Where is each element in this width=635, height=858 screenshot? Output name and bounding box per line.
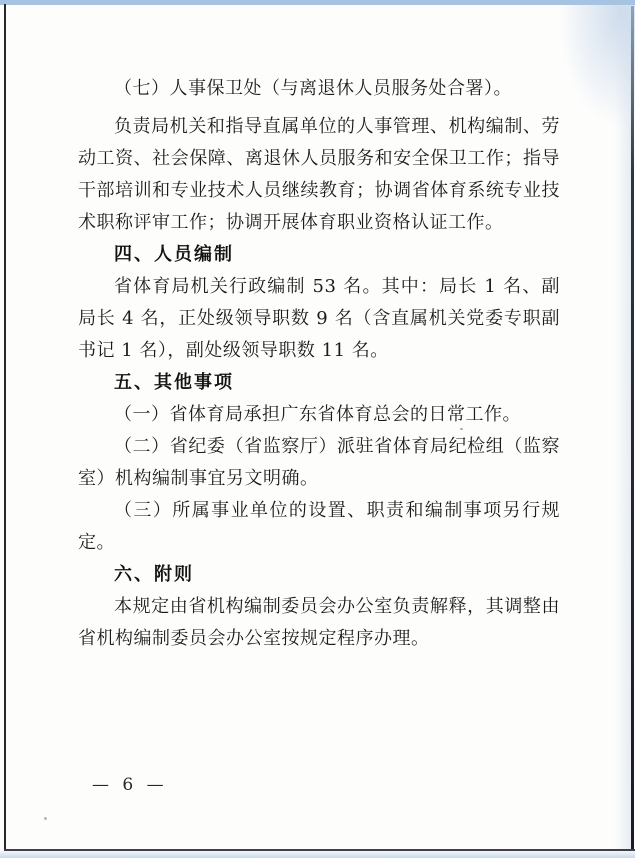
paragraph: （二）省纪委（省监察厅）派驻省体育局纪检组（监察室）机构编制事宜另文明确。 [78,431,560,495]
page-number: — 6 — [92,775,168,795]
paragraph: （三）所属事业单位的设置、职责和编制事项另行规定。 [78,495,560,559]
paragraph: （一）省体育局承担广东省体育总会的日常工作。 [78,399,560,431]
paragraph: 省体育局机关行政编制 53 名。其中：局长 1 名、副局长 4 名，正处级领导职… [78,271,560,367]
scanned-document-screenshot: { "document": { "blocks": [ { "type": "b… [0,0,635,858]
page-left-edge-line [4,4,6,851]
section-heading: 四、人员编制 [78,239,560,271]
paragraph: （七）人事保卫处（与离退休人员服务处合署）。 [78,73,560,105]
paragraph: 负责局机关和指导直属单位的人事管理、机构编制、劳动工资、社会保障、离退休人员服务… [78,111,560,239]
paragraph: 本规定由省机构编制委员会办公室负责解释，其调整由省机构编制委员会办公室按规定程序… [78,591,560,655]
scanner-top-strip [0,0,635,5]
section-heading: 六、附则 [78,559,560,591]
document-body: （七）人事保卫处（与离退休人员服务处合署）。负责局机关和指导直属单位的人事管理、… [78,73,560,655]
page-corner-curl-shadow [560,5,635,125]
scan-speck [44,817,47,820]
page-right-edge-line [631,6,634,851]
section-heading: 五、其他事项 [78,367,560,399]
scanner-bottom-strip [0,851,635,858]
page-right-edge-shadow [614,5,631,851]
